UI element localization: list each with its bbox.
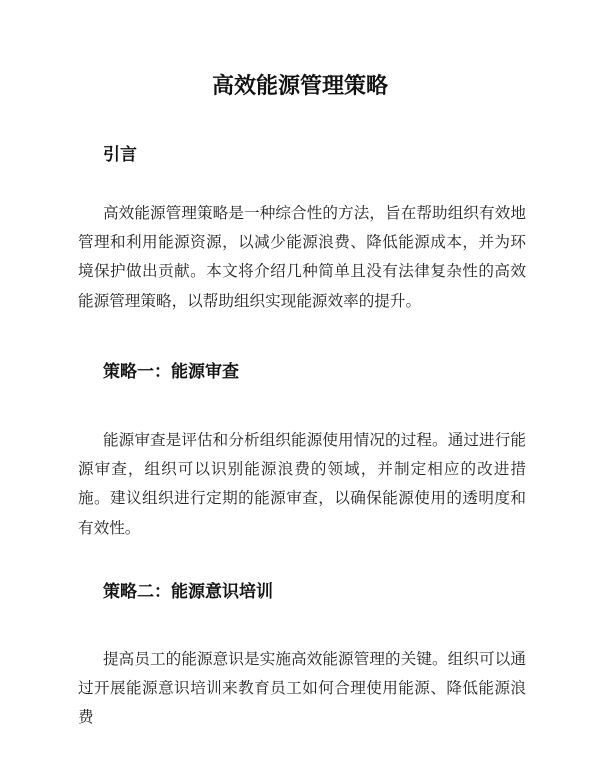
section-paragraph-introduction: 高效能源管理策略是一种综合性的方法，旨在帮助组织有效地管理和利用能源资源，以减少… [78,199,526,316]
section-paragraph-energy-audit: 能源审查是评估和分析组织能源使用情况的过程。通过进行能源审查，组织可以识别能源浪… [78,426,526,543]
section-heading-introduction: 引言 [103,143,137,167]
section-heading-energy-audit: 策略一：能源审查 [103,360,239,384]
section-paragraph-energy-awareness-training: 提高员工的能源意识是实施高效能源管理的关键。组织可以通过开展能源意识培训来教育员… [78,645,526,733]
section-heading-energy-awareness-training: 策略二：能源意识培训 [103,580,273,604]
document-title: 高效能源管理策略 [0,72,600,102]
